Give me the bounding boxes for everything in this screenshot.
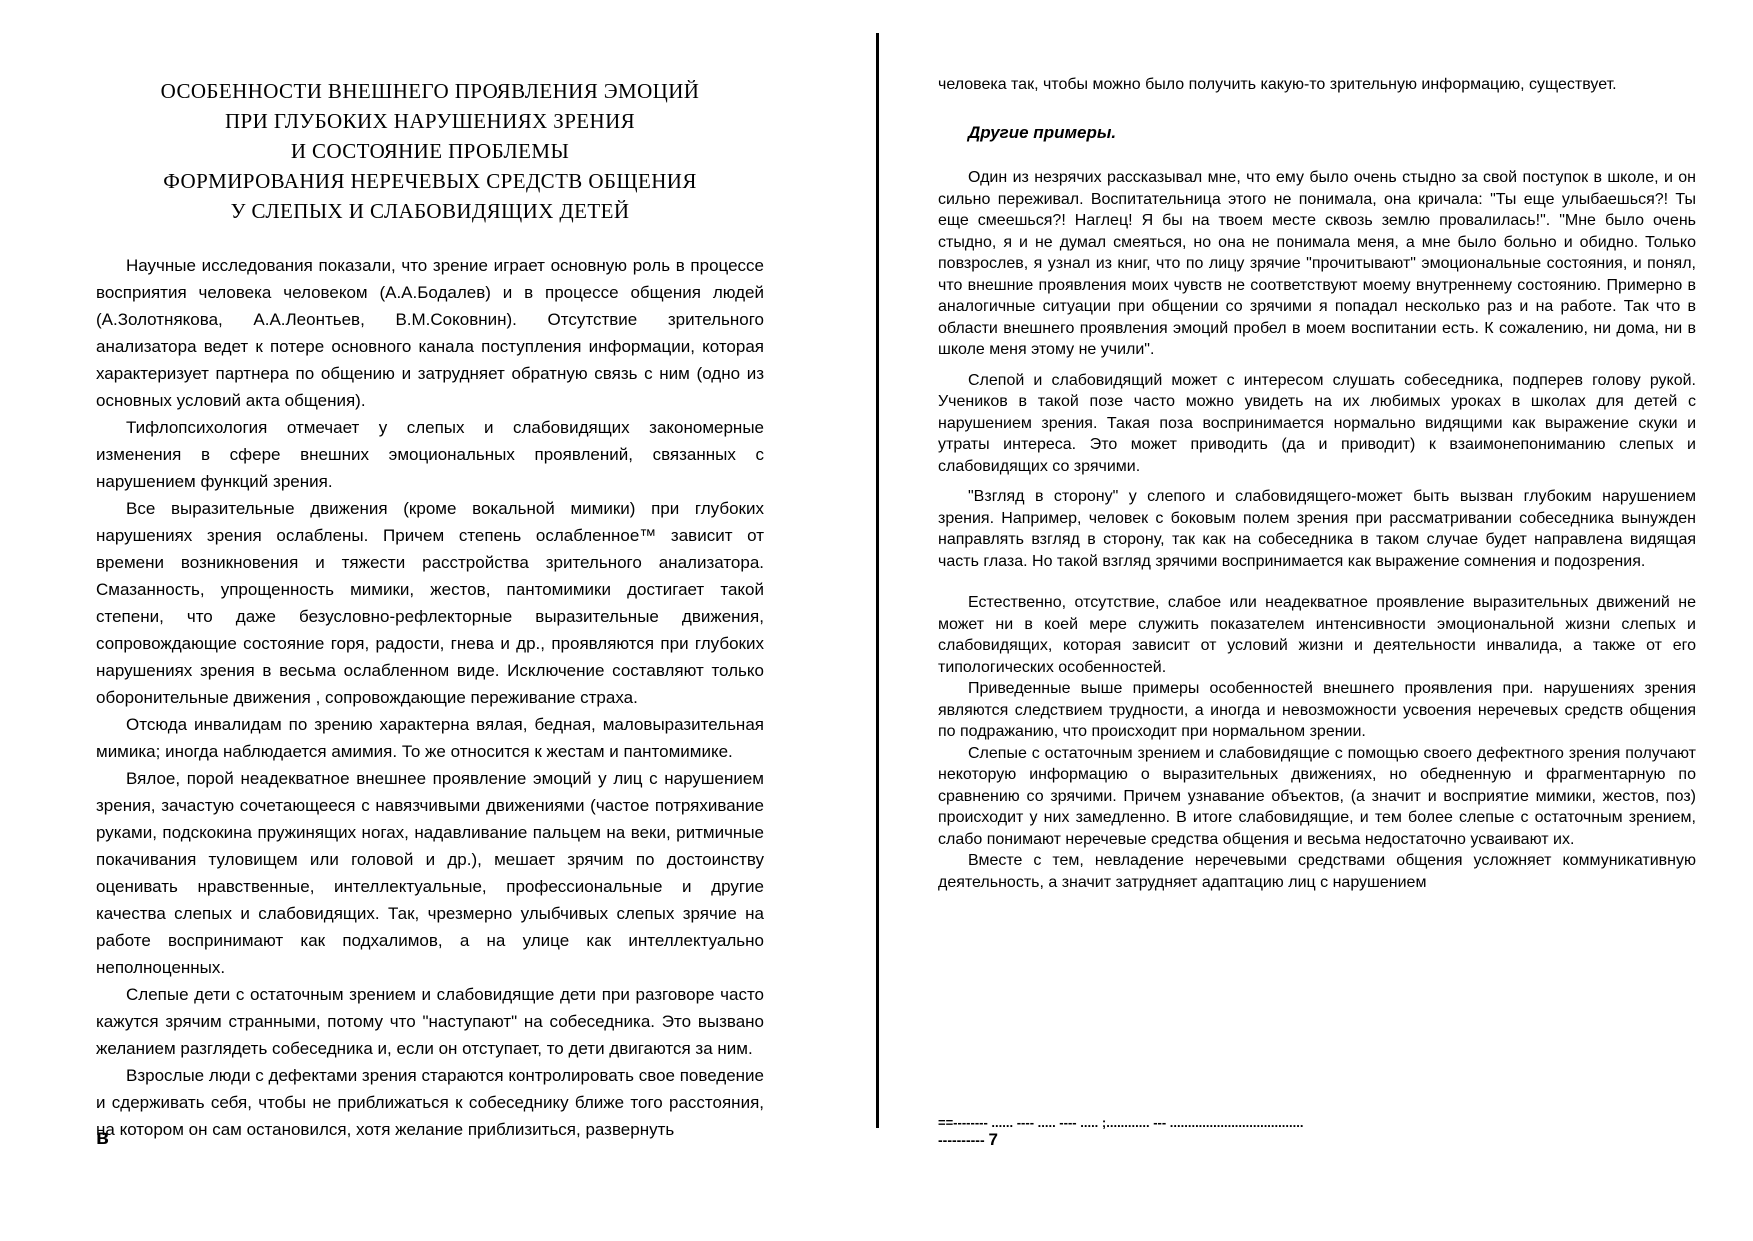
title-line-1: ОСОБЕННОСТИ ВНЕШНЕГО ПРОЯВЛЕНИЯ ЭМОЦИЙ	[96, 76, 764, 106]
page-number-right: 7	[989, 1130, 998, 1149]
footer-dashes: ----------	[938, 1132, 985, 1148]
paragraph: Слепые дети с остаточным зрением и слабо…	[96, 981, 764, 1062]
footer-rule-line: ==-------- ...... ---- ..... ---- ..... …	[938, 1114, 1698, 1131]
paragraph: Вместе с тем, невладение неречевыми сред…	[938, 850, 1696, 893]
book-spread: ОСОБЕННОСТИ ВНЕШНЕГО ПРОЯВЛЕНИЯ ЭМОЦИЙ П…	[0, 0, 1753, 1241]
right-page-footer: ==-------- ...... ---- ..... ---- ..... …	[938, 1114, 1698, 1149]
paragraph: человека так, чтобы можно было получить …	[938, 74, 1696, 96]
section-heading: Другие примеры.	[968, 122, 1696, 144]
title-line-3: И СОСТОЯНИЕ ПРОБЛЕМЫ	[96, 136, 764, 166]
title-line-2: ПРИ ГЛУБОКИХ НАРУШЕНИЯХ ЗРЕНИЯ	[96, 106, 764, 136]
left-page: ОСОБЕННОСТИ ВНЕШНЕГО ПРОЯВЛЕНИЯ ЭМОЦИЙ П…	[96, 76, 764, 1143]
paragraph: Отсюда инвалидам по зрению характерна вя…	[96, 711, 764, 765]
paragraph: Взрослые люди с дефектами зрения старают…	[96, 1062, 764, 1143]
page-number-left: в	[96, 1126, 109, 1150]
title-line-5: У СЛЕПЫХ И СЛАБОВИДЯЩИХ ДЕТЕЙ	[96, 196, 764, 226]
paragraph: "Взгляд в сторону" у слепого и слабовидя…	[938, 486, 1696, 572]
paragraph: Слепые с остаточным зрением и слабовидящ…	[938, 743, 1696, 851]
left-page-body: Научные исследования показали, что зрени…	[96, 252, 764, 1143]
paragraph: Тифлопсихология отмечает у слепых и слаб…	[96, 414, 764, 495]
paragraph: Естественно, отсутствие, слабое или неад…	[938, 592, 1696, 678]
paragraph-quote: Один из незрячих рассказывал мне, что ем…	[938, 167, 1696, 361]
footer-page-number-row: ---------- 7	[938, 1131, 1698, 1149]
paragraph: Научные исследования показали, что зрени…	[96, 252, 764, 414]
paragraph: Все выразительные движения (кроме вокаль…	[96, 495, 764, 711]
right-page: человека так, чтобы можно было получить …	[938, 74, 1696, 893]
paragraph: Приведенные выше примеры особенностей вн…	[938, 678, 1696, 743]
paragraph: Вялое, порой неадекватное внешнее проявл…	[96, 765, 764, 981]
paragraph: Слепой и слабовидящий может с интересом …	[938, 370, 1696, 478]
title-line-4: ФОРМИРОВАНИЯ НЕРЕЧЕВЫХ СРЕДСТВ ОБЩЕНИЯ	[96, 166, 764, 196]
page-divider-line	[876, 33, 879, 1128]
article-title: ОСОБЕННОСТИ ВНЕШНЕГО ПРОЯВЛЕНИЯ ЭМОЦИЙ П…	[96, 76, 764, 226]
